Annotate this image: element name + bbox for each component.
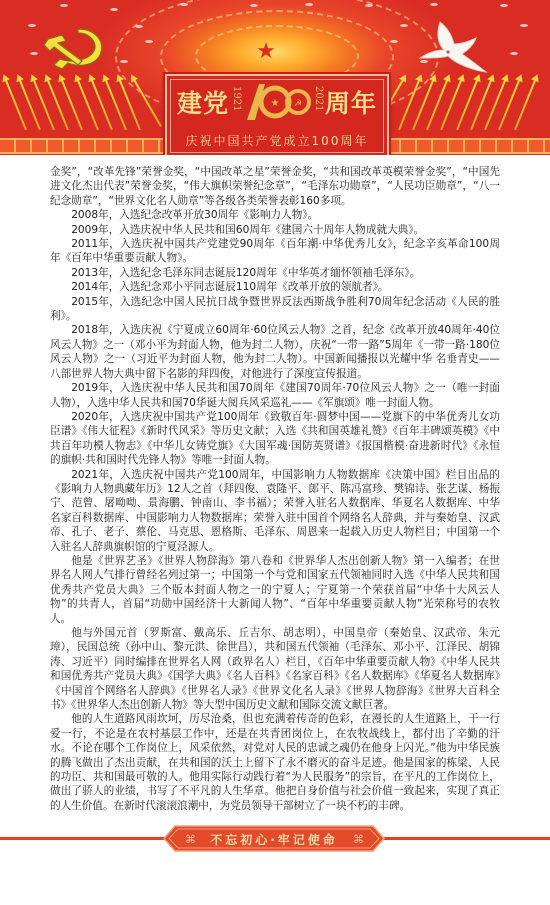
dove-icon — [412, 20, 492, 75]
footer-slogan-badge: ⌘ ⌘ 不忘初心·牢记使命 — [163, 825, 385, 852]
paragraph-2019: 2019年，入选庆祝中华人民共和国70周年《建国70周年·70位风云人物》之一（… — [50, 381, 500, 410]
fret-border-left — [0, 138, 165, 154]
plaque-title-left: 建党 — [177, 84, 229, 120]
paragraph-2015: 2015年，入选纪念中国人民抗日战争暨世界反法西斯战争胜利70周年纪念活动《人民… — [50, 295, 500, 324]
banner-dot — [430, 3, 438, 6]
paragraph-2018: 2018年，入选庆祝《宁夏成立60周年·60位风云人物》之首，纪念《改革开放40… — [50, 323, 500, 381]
banner-dot — [520, 24, 528, 27]
plaque-year-end: 2021 — [313, 86, 324, 111]
paragraph-firsts: 他是《世界艺圣》《世界人物辞海》第八卷和《世界华人杰出创新人物》第一入编者；在世… — [50, 554, 500, 626]
paragraph-2009: 2009年，入选庆祝中华人民共和国60周年《建国六十周年人物成就大典》。 — [50, 223, 500, 237]
banner-dot — [120, 60, 128, 63]
paragraph-2008: 2008年，入选纪念改革开放30周年《影响力人物》。 — [50, 208, 500, 222]
hammer-sickle-icon — [40, 25, 115, 70]
plaque-subtitle: 庆祝中国共产党成立100周年 — [167, 132, 387, 149]
article-body: 金奖”，“改革先锋”荣誉金奖，“中国改革之星”荣誉金奖，“共和国改革英模荣誉金奖… — [50, 165, 500, 813]
banner-dot — [180, 3, 188, 6]
banner-dot — [30, 52, 38, 55]
flag-row-right — [385, 78, 550, 138]
banner-dot — [400, 24, 408, 27]
plaque-year-start: 1921 — [231, 86, 242, 111]
star-icon: ★ — [248, 42, 284, 62]
banner-dot — [250, 4, 258, 7]
svg-text:★: ★ — [271, 98, 280, 109]
header-banner: ★ 建党 1921 — [0, 0, 550, 155]
banner-dot — [135, 25, 143, 28]
paragraph-2013: 2013年，入选纪念毛泽东同志诞辰120周年《中华英才缅怀领袖毛泽东》。 — [50, 266, 500, 280]
centenary-plaque: 建党 1921 ★ ☭ 2021 周年 庆祝中国共产党成立100周年 — [165, 74, 389, 155]
plaque-title-right: 周年 — [325, 84, 377, 120]
banner-dot — [28, 24, 36, 27]
banner-dot — [145, 40, 153, 43]
banner-dot — [60, 4, 68, 7]
paragraph-honors: 金奖”，“改革先锋”荣誉金奖，“中国改革之星”荣誉金奖，“共和国改革英模荣誉金奖… — [50, 165, 500, 208]
paragraph-2011: 2011年，入选庆祝中国共产党建党90周年《百年潮·中华优秀儿女》，纪念辛亥革命… — [50, 237, 500, 266]
fret-border-right — [385, 138, 550, 154]
paragraph-listings: 他与外国元首（罗斯富、戴高乐、丘吉尔、胡志明），中国皇帝（秦始皇、汉武帝、朱元璋… — [50, 626, 500, 712]
flag-row-left — [0, 78, 165, 138]
banner-dot — [365, 4, 373, 7]
paragraph-2021: 2021年，入选庆祝中国共产党100周年，中国影响力人物数据库《决策中国》栏目出… — [50, 468, 500, 554]
banner-dot — [390, 40, 398, 43]
hundred-logo-icon: ★ ☭ — [243, 80, 311, 124]
paragraph-summary: 他的人生道路风雨坎坷，历尽沧桑，但也充满着传奇的色彩，在漫长的人生道路上，干一行… — [50, 712, 500, 813]
paragraph-2020: 2020年，入选庆祝中国共产党100周年《致敬百年·圆梦中国——党旗下的中华优秀… — [50, 410, 500, 468]
banner-dot — [110, 8, 118, 11]
svg-text:☭: ☭ — [294, 99, 302, 109]
banner-dot — [510, 52, 518, 55]
banner-dot — [500, 4, 508, 7]
flag-pole — [398, 78, 421, 131]
paragraph-2014: 2014年，入选纪念邓小平同志诞辰110周年《改革开放的领航者》。 — [50, 280, 500, 294]
footer-slogan: 不忘初心·牢记使命 — [163, 831, 385, 848]
banner-dot — [305, 3, 313, 6]
